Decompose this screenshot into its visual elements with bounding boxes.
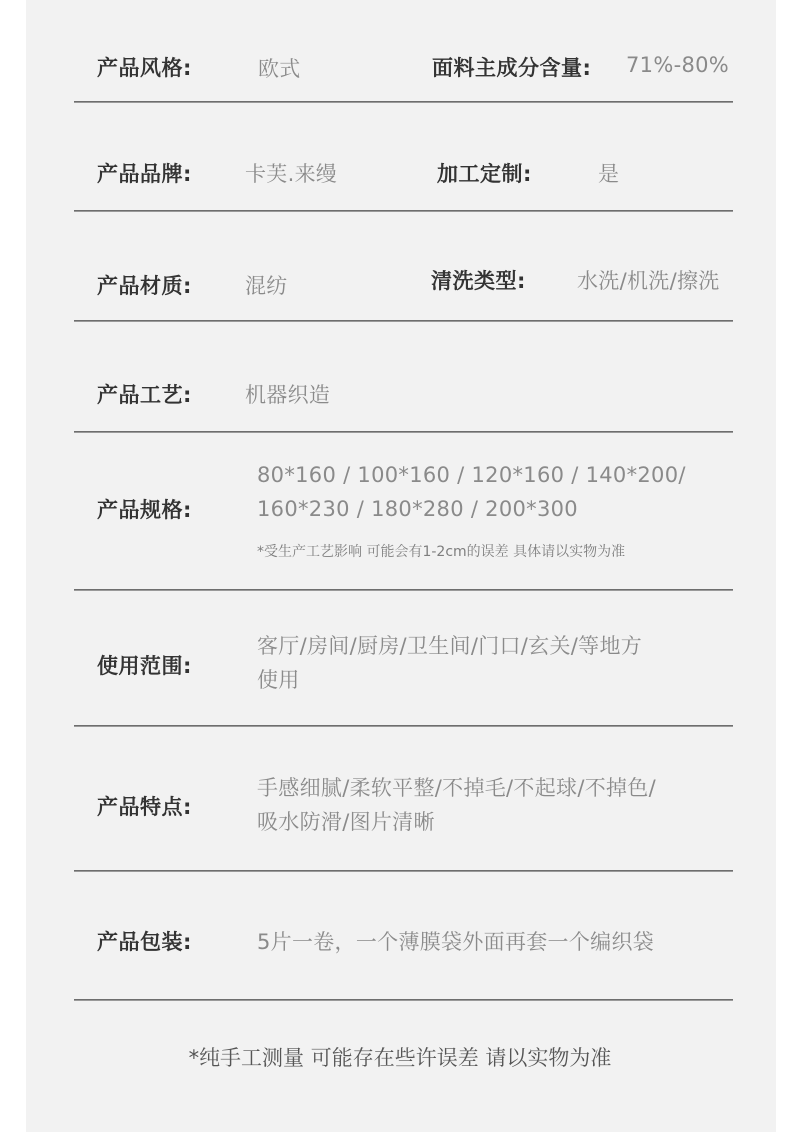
craft-value: 机器织造: [245, 379, 330, 409]
usage-line-2: 使用: [257, 664, 300, 694]
size-tolerance-note: *受生产工艺影响 可能会有1-2cm的误差 具体请以实物为准: [257, 541, 625, 561]
divider: [74, 999, 733, 1001]
features-label: 产品特点:: [97, 791, 192, 821]
divider: [74, 431, 733, 433]
size-line-2: 160*230 / 180*280 / 200*300: [257, 497, 578, 521]
size-label: 产品规格:: [97, 494, 192, 524]
divider: [74, 101, 733, 103]
style-label: 产品风格:: [97, 52, 192, 82]
wash-type-label: 清洗类型:: [431, 265, 526, 295]
divider: [74, 725, 733, 727]
divider: [74, 589, 733, 591]
custom-processing-label: 加工定制:: [437, 158, 532, 188]
measurement-disclaimer: *纯手工测量 可能存在些许误差 请以实物为准: [0, 1042, 800, 1072]
wash-type-value: 水洗/机洗/擦洗: [577, 265, 720, 295]
usage-label: 使用范围:: [97, 650, 192, 680]
divider: [74, 210, 733, 212]
material-value: 混纺: [245, 270, 288, 300]
divider: [74, 320, 733, 322]
divider: [74, 870, 733, 872]
features-line-2: 吸水防滑/图片清晰: [257, 806, 435, 836]
fabric-content-label: 面料主成分含量:: [432, 52, 591, 82]
craft-label: 产品工艺:: [97, 379, 192, 409]
brand-label: 产品品牌:: [97, 158, 192, 188]
material-label: 产品材质:: [97, 270, 192, 300]
brand-value: 卡芙.来缦: [245, 158, 337, 188]
features-line-1: 手感细腻/柔软平整/不掉毛/不起球/不掉色/: [257, 772, 656, 802]
packaging-value: 5片一卷，一个薄膜袋外面再套一个编织袋: [257, 926, 654, 956]
fabric-content-value: 71%-80%: [626, 53, 729, 77]
style-value: 欧式: [258, 53, 301, 83]
packaging-label: 产品包装:: [97, 926, 192, 956]
usage-line-1: 客厅/房间/厨房/卫生间/门口/玄关/等地方: [257, 630, 642, 660]
size-line-1: 80*160 / 100*160 / 120*160 / 140*200/: [257, 463, 686, 487]
custom-processing-value: 是: [598, 158, 619, 188]
